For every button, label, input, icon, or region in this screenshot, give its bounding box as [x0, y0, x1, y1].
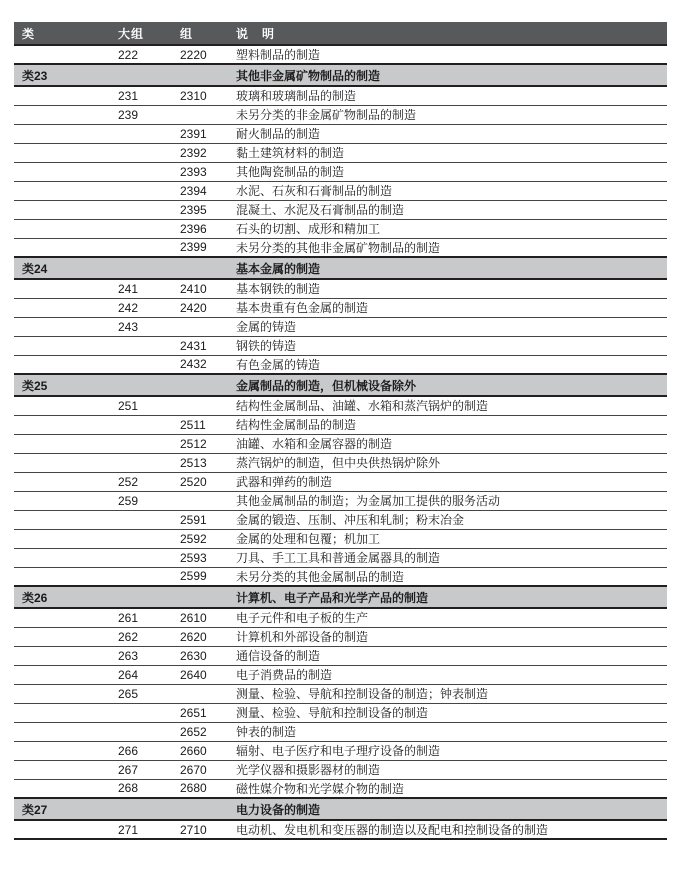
cell-group: 2393: [172, 162, 228, 181]
table-row: 2593 刀具、手工工具和普通金属器具的制造: [14, 548, 667, 567]
cell-description: 未另分类的非金属矿物制品的制造: [228, 105, 667, 124]
cell-description: 测量、检验、导航和控制设备的制造: [228, 703, 667, 722]
table-row: 2432 有色金属的铸造: [14, 355, 667, 374]
classification-table: 类 大组 组 说 明 222 2220 塑料制品的制造 类23 其他非金属矿物制…: [14, 22, 667, 840]
cell-group: 2511: [172, 415, 228, 434]
cell-description: 钢铁的铸造: [228, 336, 667, 355]
cell-class: [14, 336, 110, 355]
cell-division: [110, 415, 172, 434]
cell-description: 耐火制品的制造: [228, 124, 667, 143]
cell-description: 混凝土、水泥及石膏制品的制造: [228, 200, 667, 219]
cell-class: 类26: [14, 586, 110, 608]
cell-division: 268: [110, 779, 172, 798]
table-row: 2431 钢铁的铸造: [14, 336, 667, 355]
cell-division: [110, 336, 172, 355]
cell-description: 玻璃和玻璃制品的制造: [228, 86, 667, 105]
cell-group: 2660: [172, 741, 228, 760]
table-row: 261 2610 电子元件和电子板的生产: [14, 608, 667, 627]
cell-class: [14, 415, 110, 434]
cell-description: 未另分类的其他非金属矿物制品的制造: [228, 238, 667, 257]
cell-group: [172, 684, 228, 703]
cell-division: 239: [110, 105, 172, 124]
cell-class: [14, 238, 110, 257]
cell-description: 武器和弹药的制造: [228, 472, 667, 491]
table-row: 268 2680 磁性媒介物和光学媒介物的制造: [14, 779, 667, 798]
table-row: 231 2310 玻璃和玻璃制品的制造: [14, 86, 667, 105]
cell-group: 2395: [172, 200, 228, 219]
cell-class: [14, 279, 110, 298]
cell-group: [172, 105, 228, 124]
cell-description: 结构性金属制品的制造: [228, 415, 667, 434]
cell-class: [14, 684, 110, 703]
column-header-group: 组: [172, 22, 228, 45]
cell-group: 2392: [172, 143, 228, 162]
cell-class: [14, 162, 110, 181]
cell-class: 类24: [14, 257, 110, 279]
cell-group: [172, 374, 228, 396]
table-row: 252 2520 武器和弹药的制造: [14, 472, 667, 491]
cell-class: [14, 472, 110, 491]
cell-class: [14, 181, 110, 200]
cell-class: [14, 760, 110, 779]
table-row: 2592 金属的处理和包覆；机加工: [14, 529, 667, 548]
cell-division: [110, 703, 172, 722]
cell-division: 267: [110, 760, 172, 779]
column-header-description: 说 明: [228, 22, 667, 45]
cell-class: [14, 608, 110, 627]
cell-division: [110, 355, 172, 374]
cell-division: [110, 510, 172, 529]
table-row: 2395 混凝土、水泥及石膏制品的制造: [14, 200, 667, 219]
table-row: 2652 钟表的制造: [14, 722, 667, 741]
table-row: 262 2620 计算机和外部设备的制造: [14, 627, 667, 646]
cell-description: 磁性媒介物和光学媒介物的制造: [228, 779, 667, 798]
table-row: 263 2630 通信设备的制造: [14, 646, 667, 665]
table-row: 2651 测量、检验、导航和控制设备的制造: [14, 703, 667, 722]
cell-division: 259: [110, 491, 172, 510]
table-row: 243 金属的铸造: [14, 317, 667, 336]
cell-description: 电动机、发电机和变压器的制造以及配电和控制设备的制造: [228, 820, 667, 839]
cell-class: 类23: [14, 64, 110, 86]
cell-class: [14, 703, 110, 722]
cell-division: [110, 219, 172, 238]
cell-division: [110, 64, 172, 86]
cell-group: 2410: [172, 279, 228, 298]
cell-group: 2520: [172, 472, 228, 491]
cell-class: [14, 722, 110, 741]
cell-description: 测量、检验、导航和控制设备的制造；钟表制造: [228, 684, 667, 703]
cell-description: 其他非金属矿物制品的制造: [228, 64, 667, 86]
table-row: 2391 耐火制品的制造: [14, 124, 667, 143]
cell-group: 2399: [172, 238, 228, 257]
cell-description: 基本贵重有色金属的制造: [228, 298, 667, 317]
cell-description: 金属的处理和包覆；机加工: [228, 529, 667, 548]
section-row: 类23 其他非金属矿物制品的制造: [14, 64, 667, 86]
cell-division: 265: [110, 684, 172, 703]
cell-group: 2513: [172, 453, 228, 472]
cell-class: [14, 317, 110, 336]
table-row: 241 2410 基本钢铁的制造: [14, 279, 667, 298]
cell-description: 电子元件和电子板的生产: [228, 608, 667, 627]
cell-division: 262: [110, 627, 172, 646]
cell-division: 231: [110, 86, 172, 105]
cell-division: [110, 124, 172, 143]
table-row: 251 结构性金属制品、油罐、水箱和蒸汽锅炉的制造: [14, 396, 667, 415]
cell-description: 辐射、电子医疗和电子理疗设备的制造: [228, 741, 667, 760]
cell-class: [14, 86, 110, 105]
table-row: 259 其他金属制品的制造；为金属加工提供的服务活动: [14, 491, 667, 510]
table-row: 267 2670 光学仪器和摄影器材的制造: [14, 760, 667, 779]
cell-description: 结构性金属制品、油罐、水箱和蒸汽锅炉的制造: [228, 396, 667, 415]
cell-description: 电力设备的制造: [228, 798, 667, 820]
table-row: 2591 金属的锻造、压制、冲压和轧制；粉末冶金: [14, 510, 667, 529]
cell-group: 2651: [172, 703, 228, 722]
cell-description: 水泥、石灰和石膏制品的制造: [228, 181, 667, 200]
cell-division: 241: [110, 279, 172, 298]
cell-group: 2310: [172, 86, 228, 105]
cell-division: [110, 567, 172, 586]
cell-division: 264: [110, 665, 172, 684]
cell-class: [14, 200, 110, 219]
cell-group: 2220: [172, 45, 228, 64]
cell-class: [14, 741, 110, 760]
table-header-row: 类 大组 组 说 明: [14, 22, 667, 45]
cell-class: [14, 143, 110, 162]
cell-group: [172, 257, 228, 279]
table-row: 266 2660 辐射、电子医疗和电子理疗设备的制造: [14, 741, 667, 760]
cell-division: [110, 548, 172, 567]
cell-description: 金属的铸造: [228, 317, 667, 336]
table-row: 264 2640 电子消费品的制造: [14, 665, 667, 684]
cell-group: [172, 396, 228, 415]
cell-division: 222: [110, 45, 172, 64]
cell-division: 243: [110, 317, 172, 336]
cell-division: 252: [110, 472, 172, 491]
cell-division: 261: [110, 608, 172, 627]
table-row: 2393 其他陶瓷制品的制造: [14, 162, 667, 181]
cell-class: 类25: [14, 374, 110, 396]
cell-description: 基本钢铁的制造: [228, 279, 667, 298]
table-row: 2399 未另分类的其他非金属矿物制品的制造: [14, 238, 667, 257]
cell-class: [14, 665, 110, 684]
cell-group: 2396: [172, 219, 228, 238]
cell-description: 电子消费品的制造: [228, 665, 667, 684]
cell-division: [110, 143, 172, 162]
cell-class: [14, 45, 110, 64]
cell-description: 有色金属的铸造: [228, 355, 667, 374]
cell-class: [14, 820, 110, 839]
cell-division: 266: [110, 741, 172, 760]
cell-description: 金属的锻造、压制、冲压和轧制；粉末冶金: [228, 510, 667, 529]
cell-group: 2391: [172, 124, 228, 143]
table-row: 2396 石头的切割、成形和精加工: [14, 219, 667, 238]
cell-division: 242: [110, 298, 172, 317]
cell-group: 2640: [172, 665, 228, 684]
cell-description: 黏土建筑材料的制造: [228, 143, 667, 162]
cell-class: [14, 124, 110, 143]
cell-description: 计算机和外部设备的制造: [228, 627, 667, 646]
column-header-division: 大组: [110, 22, 172, 45]
cell-group: 2620: [172, 627, 228, 646]
cell-group: 2652: [172, 722, 228, 741]
cell-group: 2432: [172, 355, 228, 374]
cell-group: 2630: [172, 646, 228, 665]
cell-class: [14, 355, 110, 374]
cell-group: 2591: [172, 510, 228, 529]
table-row: 271 2710 电动机、发电机和变压器的制造以及配电和控制设备的制造: [14, 820, 667, 839]
table-row: 222 2220 塑料制品的制造: [14, 45, 667, 64]
cell-division: [110, 529, 172, 548]
cell-description: 其他陶瓷制品的制造: [228, 162, 667, 181]
cell-division: [110, 453, 172, 472]
cell-class: [14, 779, 110, 798]
section-row: 类27 电力设备的制造: [14, 798, 667, 820]
cell-group: 2512: [172, 434, 228, 453]
cell-class: [14, 627, 110, 646]
cell-division: [110, 257, 172, 279]
cell-description: 钟表的制造: [228, 722, 667, 741]
cell-class: [14, 453, 110, 472]
column-header-class: 类: [14, 22, 110, 45]
cell-description: 光学仪器和摄影器材的制造: [228, 760, 667, 779]
cell-class: [14, 298, 110, 317]
table-row: 2392 黏土建筑材料的制造: [14, 143, 667, 162]
cell-division: [110, 434, 172, 453]
cell-class: [14, 646, 110, 665]
cell-division: 263: [110, 646, 172, 665]
cell-division: [110, 374, 172, 396]
section-row: 类25 金属制品的制造，但机械设备除外: [14, 374, 667, 396]
section-row: 类26 计算机、电子产品和光学产品的制造: [14, 586, 667, 608]
table-row: 2511 结构性金属制品的制造: [14, 415, 667, 434]
cell-group: [172, 317, 228, 336]
cell-division: [110, 722, 172, 741]
cell-group: 2710: [172, 820, 228, 839]
cell-description: 基本金属的制造: [228, 257, 667, 279]
cell-class: [14, 491, 110, 510]
cell-description: 石头的切割、成形和精加工: [228, 219, 667, 238]
cell-division: [110, 162, 172, 181]
cell-division: [110, 586, 172, 608]
section-row: 类24 基本金属的制造: [14, 257, 667, 279]
cell-division: [110, 181, 172, 200]
cell-group: 2680: [172, 779, 228, 798]
cell-description: 油罐、水箱和金属容器的制造: [228, 434, 667, 453]
cell-description: 通信设备的制造: [228, 646, 667, 665]
table-row: 239 未另分类的非金属矿物制品的制造: [14, 105, 667, 124]
cell-division: [110, 200, 172, 219]
cell-class: [14, 434, 110, 453]
cell-description: 刀具、手工工具和普通金属器具的制造: [228, 548, 667, 567]
cell-class: [14, 529, 110, 548]
cell-description: 金属制品的制造，但机械设备除外: [228, 374, 667, 396]
document-page: 类 大组 组 说 明 222 2220 塑料制品的制造 类23 其他非金属矿物制…: [0, 0, 681, 840]
cell-class: [14, 567, 110, 586]
cell-class: [14, 548, 110, 567]
table-row: 2512 油罐、水箱和金属容器的制造: [14, 434, 667, 453]
cell-division: 271: [110, 820, 172, 839]
cell-description: 计算机、电子产品和光学产品的制造: [228, 586, 667, 608]
table-row: 242 2420 基本贵重有色金属的制造: [14, 298, 667, 317]
table-row: 2513 蒸汽锅炉的制造，但中央供热锅炉除外: [14, 453, 667, 472]
cell-description: 其他金属制品的制造；为金属加工提供的服务活动: [228, 491, 667, 510]
cell-group: 2592: [172, 529, 228, 548]
cell-division: [110, 238, 172, 257]
cell-description: 塑料制品的制造: [228, 45, 667, 64]
cell-group: [172, 64, 228, 86]
cell-class: 类27: [14, 798, 110, 820]
cell-group: [172, 491, 228, 510]
cell-class: [14, 510, 110, 529]
cell-group: [172, 798, 228, 820]
cell-group: 2420: [172, 298, 228, 317]
cell-description: 蒸汽锅炉的制造，但中央供热锅炉除外: [228, 453, 667, 472]
table-row: 2394 水泥、石灰和石膏制品的制造: [14, 181, 667, 200]
cell-group: 2431: [172, 336, 228, 355]
cell-group: 2394: [172, 181, 228, 200]
cell-group: 2593: [172, 548, 228, 567]
cell-group: 2670: [172, 760, 228, 779]
cell-class: [14, 219, 110, 238]
cell-group: [172, 586, 228, 608]
cell-group: 2610: [172, 608, 228, 627]
cell-description: 未另分类的其他金属制品的制造: [228, 567, 667, 586]
cell-group: 2599: [172, 567, 228, 586]
table-row: 2599 未另分类的其他金属制品的制造: [14, 567, 667, 586]
cell-class: [14, 105, 110, 124]
cell-class: [14, 396, 110, 415]
table-body: 222 2220 塑料制品的制造 类23 其他非金属矿物制品的制造 231 23…: [14, 45, 667, 839]
cell-division: [110, 798, 172, 820]
cell-division: 251: [110, 396, 172, 415]
table-row: 265 测量、检验、导航和控制设备的制造；钟表制造: [14, 684, 667, 703]
